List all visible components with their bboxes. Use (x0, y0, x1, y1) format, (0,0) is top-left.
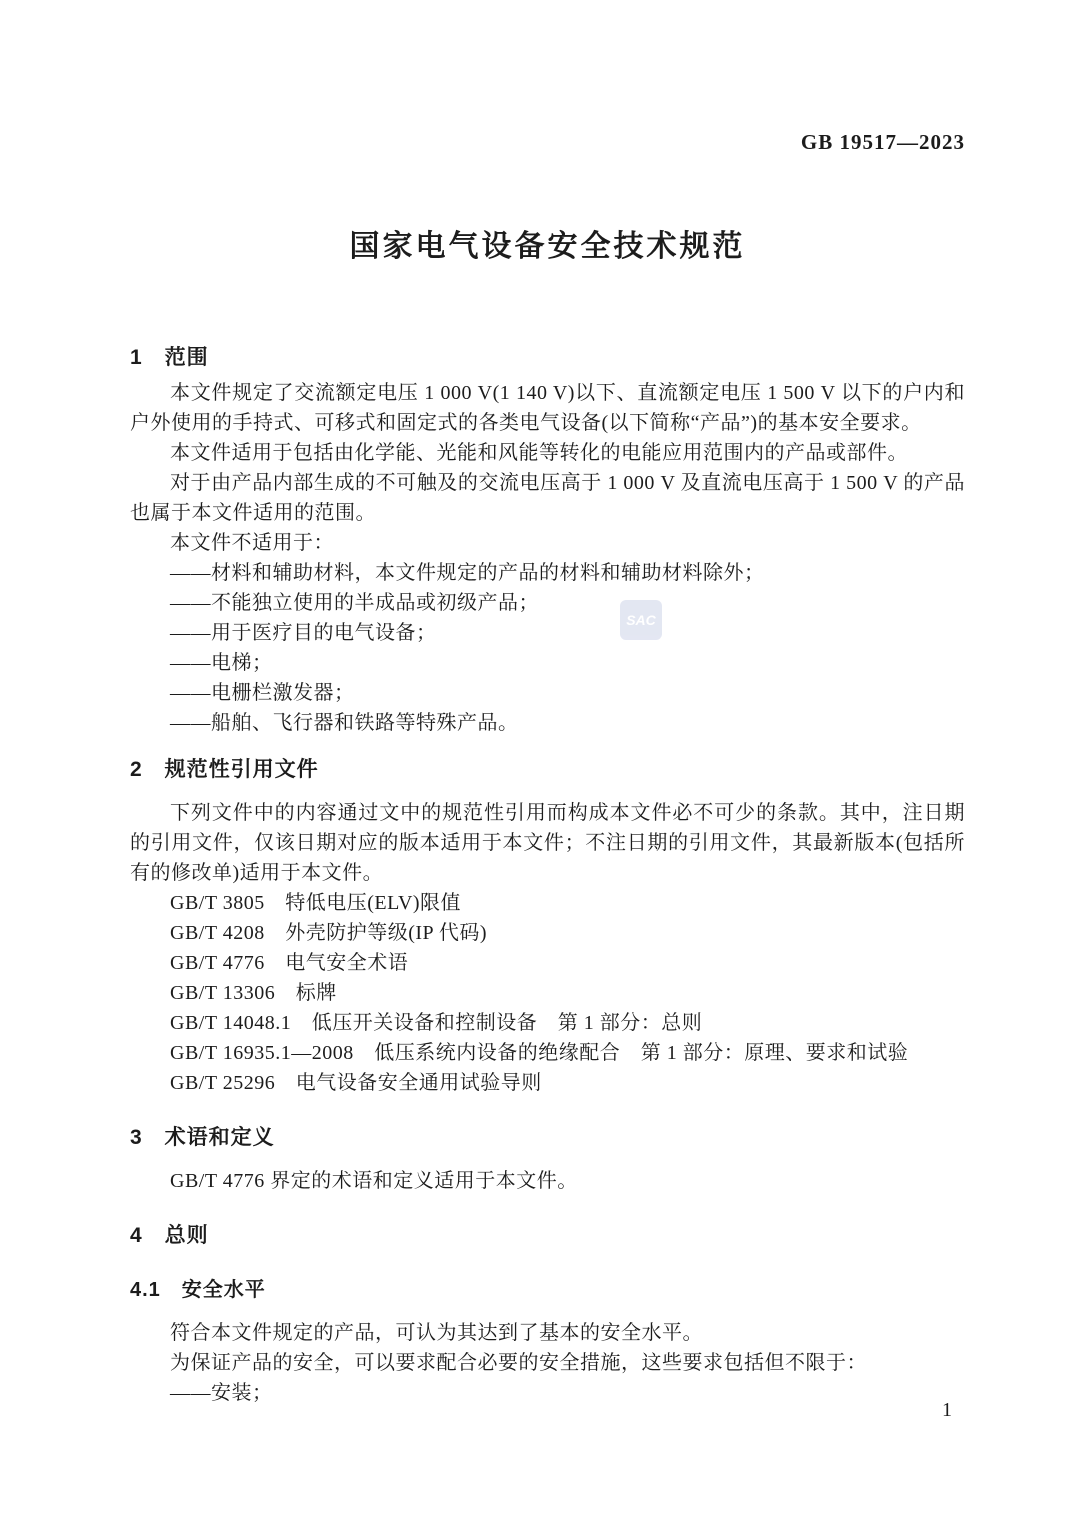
reference-item: GB/T 14048.1 低压开关设备和控制设备 第 1 部分：总则 (130, 1008, 965, 1038)
section-4-1-paragraph: 为保证产品的安全，可以要求配合必要的安全措施，这些要求包括但不限于： (130, 1348, 965, 1378)
section-4-heading: 4 总则 (130, 1224, 965, 1248)
section-4-1-paragraph: 符合本文件规定的产品，可认为其达到了基本的安全水平。 (130, 1318, 965, 1348)
list-item: ——材料和辅助材料，本文件规定的产品的材料和辅助材料除外； (130, 558, 965, 588)
section-1-heading: 1 范围 (130, 346, 965, 370)
section-3-heading: 3 术语和定义 (130, 1126, 965, 1150)
document-title: 国家电气设备安全技术规范 (130, 226, 965, 268)
reference-item: GB/T 3805 特低电压(ELV)限值 (130, 888, 965, 918)
reference-item: GB/T 4208 外壳防护等级(IP 代码) (130, 918, 965, 948)
section-1-paragraph: 本文件不适用于： (130, 528, 965, 558)
section-1-paragraph: 本文件适用于包括由化学能、光能和风能等转化的电能应用范围内的产品或部件。 (130, 438, 965, 468)
section-2-paragraph: 下列文件中的内容通过文中的规范性引用而构成本文件必不可少的条款。其中，注日期的引… (130, 798, 965, 888)
page-number: 1 (942, 1398, 952, 1422)
reference-item: GB/T 16935.1—2008 低压系统内设备的绝缘配合 第 1 部分：原理… (130, 1038, 965, 1068)
reference-item: GB/T 13306 标牌 (130, 978, 965, 1008)
section-1-paragraph: 对于由产品内部生成的不可触及的交流电压高于 1 000 V 及直流电压高于 1 … (130, 468, 965, 528)
section-4-1-heading: 4.1 安全水平 (130, 1278, 965, 1302)
section-1-paragraph: 本文件规定了交流额定电压 1 000 V(1 140 V)以下、直流额定电压 1… (130, 378, 965, 438)
document-page: GB 19517—2023 国家电气设备安全技术规范 1 范围 本文件规定了交流… (0, 0, 1080, 1528)
list-item: ——电梯； (130, 648, 965, 678)
section-4-1-list: ——安装； (130, 1378, 965, 1408)
list-item: ——不能独立使用的半成品或初级产品； (130, 588, 965, 618)
reference-item: GB/T 25296 电气设备安全通用试验导则 (130, 1068, 965, 1098)
section-2-heading: 2 规范性引用文件 (130, 758, 965, 782)
list-item: ——船舶、飞行器和铁路等特殊产品。 (130, 708, 965, 738)
list-item: ——用于医疗目的电气设备； (130, 618, 965, 648)
section-3-paragraph: GB/T 4776 界定的术语和定义适用于本文件。 (130, 1166, 965, 1196)
section-1-exclusion-list: ——材料和辅助材料，本文件规定的产品的材料和辅助材料除外； ——不能独立使用的半… (130, 558, 965, 738)
reference-item: GB/T 4776 电气安全术语 (130, 948, 965, 978)
standard-code: GB 19517—2023 (130, 0, 965, 154)
normative-reference-list: GB/T 3805 特低电压(ELV)限值 GB/T 4208 外壳防护等级(I… (130, 888, 965, 1098)
list-item: ——安装； (130, 1378, 965, 1408)
list-item: ——电栅栏激发器； (130, 678, 965, 708)
